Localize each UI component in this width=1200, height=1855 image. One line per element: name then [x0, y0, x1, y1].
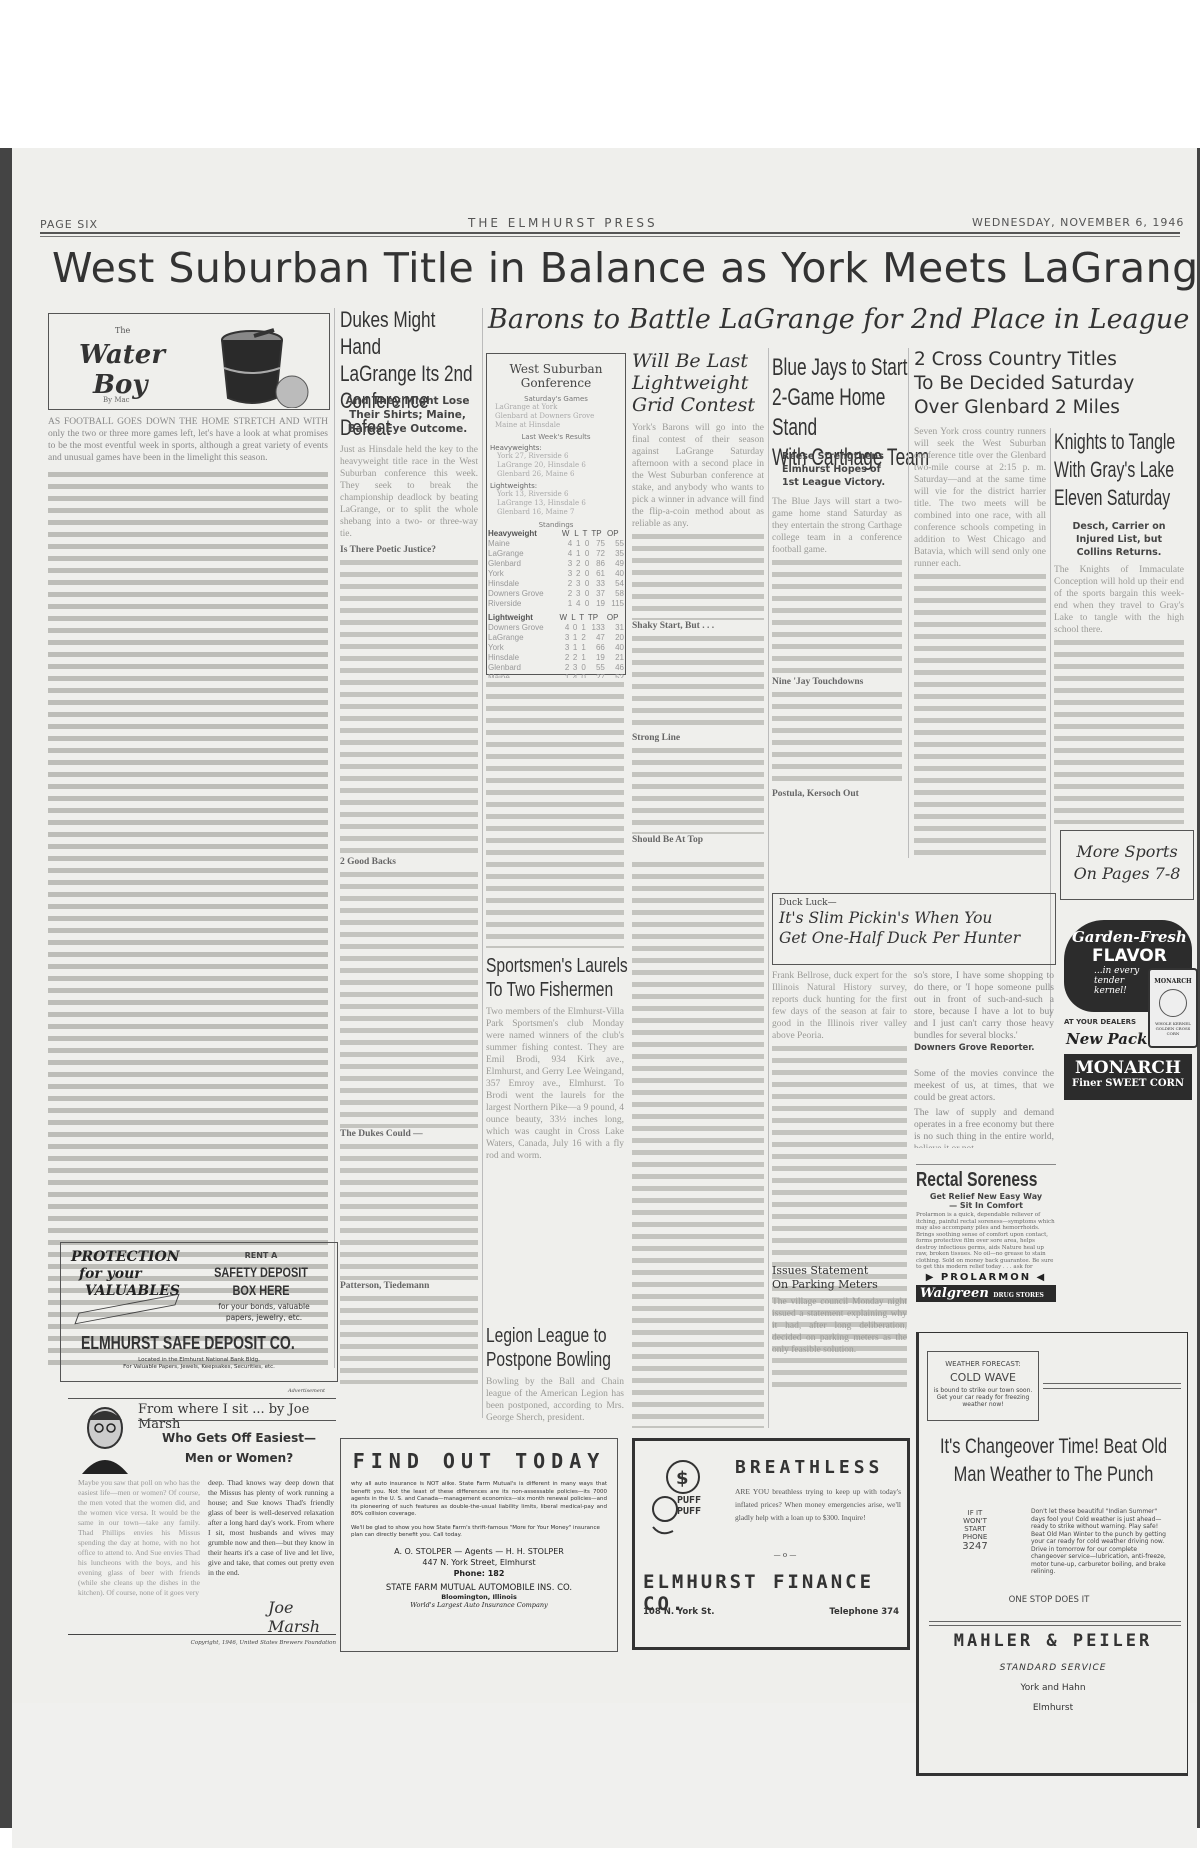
knights-subhead-line: Injured List, but	[1054, 533, 1184, 546]
safe-deposit-script-line: PROTECTION	[71, 1249, 180, 1266]
dukes-inline-subhead: Is There Poetic Justice?	[340, 544, 478, 556]
standings-cell: 66	[587, 643, 606, 653]
standings-cell: 3	[561, 569, 573, 579]
standings-cell: 2	[561, 589, 573, 599]
sportsmen-body: Two members of the Elmhurst-Villa Park S…	[486, 1006, 624, 1306]
standings-saturday-games: LaGrange at York Glenbard at Downers Gro…	[487, 403, 625, 430]
dukes-subhead-line: Their Shirts; Maine,	[340, 408, 475, 422]
standings-cell: 115	[606, 599, 625, 609]
cross-country-headline: 2 Cross Country Titles To Be Decided Sat…	[914, 348, 1134, 420]
duck-luck-headline-line: Get One-Half Duck Per Hunter	[779, 928, 1049, 948]
standings-row: LaGrange4107235	[487, 549, 625, 559]
standings-header-cell: T	[578, 613, 587, 623]
safe-deposit-desc-line: for your bonds, valuable	[201, 1301, 327, 1312]
dukes-headline-line: Dukes Might Hand	[340, 306, 480, 360]
duck-luck-headline-line: It's Slim Pickin's When You	[779, 908, 1049, 928]
standings-cell: 1	[570, 643, 578, 653]
cross-country-body-text: Seven York cross country runners will se…	[914, 427, 1046, 569]
legion-headline-line: Legion League to	[486, 1324, 642, 1348]
standings-result: LaGrange 20, Hinsdale 6	[497, 461, 625, 470]
safe-deposit-headline: SAFETY DEPOSIT BOX HERE	[201, 1263, 321, 1299]
state-farm-city: Bloomington, Illinois	[341, 1593, 617, 1601]
water-boy-lead: AS FOOTBALL GOES DOWN THE HOME STRETCH A…	[48, 417, 328, 463]
standings-cell: 55	[587, 663, 606, 673]
standings-cell: 1	[578, 653, 587, 663]
finance-ad-divider: — o —	[735, 1551, 835, 1559]
standings-cell: 20	[606, 633, 625, 643]
cross-country-text-lines	[914, 570, 1046, 856]
column-rule	[908, 348, 909, 858]
more-sports-box: More Sports On Pages 7-8	[1060, 830, 1194, 900]
dukes-text-lines	[340, 556, 478, 856]
standings-cell: Hinsdale	[487, 579, 561, 589]
ad-rule	[68, 1634, 336, 1635]
issue-date: WEDNESDAY, NOVEMBER 6, 1946	[972, 216, 1184, 229]
svg-text:$: $	[676, 1468, 689, 1489]
joe-marsh-headline-line: Who Gets Off Easiest—	[144, 1428, 334, 1448]
phone-block: IF IT WON'T START PHONE 3247	[949, 1509, 1001, 1553]
duck-luck-box: Duck Luck— It's Slim Pickin's When You G…	[772, 893, 1056, 965]
finance-ad-body: ARE YOU breathless trying to keep up wit…	[735, 1485, 901, 1524]
standings-cell: LaGrange	[487, 549, 561, 559]
dukes-subhead-line: And They Might Lose	[340, 394, 475, 408]
lightweight-headline-line: Grid Contest	[632, 394, 755, 416]
safe-deposit-script-line: for your	[71, 1266, 180, 1283]
water-boy-logo-box: The Water Boy By Mac	[48, 313, 330, 410]
standings-cell: 21	[606, 653, 625, 663]
lightweight-inline-subhead: Should Be At Top	[632, 834, 764, 846]
monarch-corn-ad: Garden-Fresh FLAVOR ...in every tender k…	[1060, 908, 1192, 1158]
more-sports-line: On Pages 7-8	[1061, 863, 1193, 885]
standings-cell: 3	[558, 643, 570, 653]
standings-cell: 4	[573, 599, 581, 609]
standings-cell: Maine	[487, 539, 561, 549]
downers-reporter-credit: Downers Grove Reporter.	[914, 1042, 1054, 1050]
water-boy-byline: By Mac	[103, 396, 130, 404]
standings-row: York3206140	[487, 569, 625, 579]
barons-text-lines	[486, 678, 624, 948]
water-boy-body: AS FOOTBALL GOES DOWN THE HOME STRETCH A…	[48, 416, 328, 1366]
standings-heavy-results: York 27, Riverside 6 LaGrange 20, Hinsda…	[487, 452, 625, 479]
ad-rule	[929, 1621, 1181, 1626]
standings-cell: 19	[590, 599, 606, 609]
elmhurst-finance-ad: $ PUFF PUFF BREATHLESS ARE YOU breathles…	[632, 1438, 910, 1650]
joe-marsh-signature: Joe Marsh	[268, 1598, 336, 1636]
standings-result: Glenbard 26, Maine 6	[497, 470, 625, 479]
standings-cell: 19	[587, 653, 606, 663]
standings-cell: Glenbard	[487, 663, 558, 673]
sportsmen-headline-line: To Two Fishermen	[486, 978, 642, 1002]
state-farm-slogan: World's Largest Auto Insurance Company	[341, 1601, 617, 1609]
dukes-inline-subhead: Patterson, Tiedemann	[340, 1280, 478, 1292]
filler-items: Some of the movies convince the meekest …	[914, 1068, 1054, 1148]
knights-headline-line: Knights to Tangle	[1054, 428, 1198, 456]
standings-header-cell: TP	[587, 613, 606, 623]
standings-row: Glenbard3208649	[487, 559, 625, 569]
monarch-product: Finer SWEET CORN	[1064, 1078, 1192, 1089]
dukes-body-text: Just as Hinsdale held the key to the hea…	[340, 445, 478, 539]
joe-marsh-headline-line: Men or Women?	[144, 1448, 334, 1468]
safe-deposit-ad: PROTECTION for your VALUABLES RENT A SAF…	[60, 1242, 338, 1382]
standings-cell: 0	[581, 549, 590, 559]
mahler-city: Elmhurst	[919, 1703, 1187, 1713]
standings-cell: 4	[561, 549, 573, 559]
monarch-ad-flavor: FLAVOR	[1092, 946, 1192, 966]
standings-cell: Hinsdale	[487, 653, 558, 663]
knights-subhead: Desch, Carrier on Injured List, but Coll…	[1054, 520, 1184, 559]
standings-light-results: York 13, Riverside 6 LaGrange 13, Hinsda…	[487, 490, 625, 517]
standings-result: Glenbard 16, Maine 7	[497, 508, 625, 517]
monarch-ad-script: Garden-Fresh	[1072, 928, 1192, 946]
cross-country-headline-line: To Be Decided Saturday	[914, 372, 1134, 396]
banner-headline: West Suburban Title in Balance as York M…	[52, 244, 1200, 292]
phone-block-line: IF IT	[949, 1509, 1001, 1517]
ad-rule	[68, 1398, 336, 1399]
blue-jays-subhead: Reese Strengthens Elmhurst Hopes of 1st …	[772, 450, 912, 489]
standings-cell: 3	[570, 663, 578, 673]
safe-deposit-headline-line: SAFETY DEPOSIT	[201, 1263, 321, 1281]
monarch-ad-new-pack: New Pack	[1066, 1030, 1148, 1048]
joe-marsh-col2: deep. Thad knows way deep down that the …	[208, 1478, 334, 1598]
standings-row: Riverside14019115	[487, 599, 625, 609]
standings-cell: 33	[590, 579, 606, 589]
lightweight-body: York's Barons will go into the final con…	[632, 422, 764, 852]
rectal-ad-sub: — Sit In Comfort	[916, 1201, 1056, 1210]
page-label: PAGE SIX	[40, 218, 98, 231]
standings-cell: 1	[578, 643, 587, 653]
standings-cell: 2	[578, 633, 587, 643]
standings-row: Downers Grove40113331	[487, 623, 625, 633]
rectal-ad-headline: Rectal Soreness	[916, 1169, 1056, 1192]
column-rule	[334, 308, 335, 1368]
water-boy-the: The	[115, 326, 130, 335]
standings-cell: 61	[590, 569, 606, 579]
standings-row: Downers Grove2303758	[487, 589, 625, 599]
sportsmen-headline-line: Sportsmen's Laurels	[486, 954, 642, 978]
standings-cell: 2	[573, 569, 581, 579]
weather-forecast-box: WEATHER FORECAST: COLD WAVE is bound to …	[927, 1351, 1039, 1421]
can-label: MONARCH	[1150, 978, 1196, 985]
knights-text-lines	[1054, 636, 1184, 824]
puff-label-line: PUFF	[677, 1506, 701, 1517]
blue-jays-body: The Blue Jays will start a two-game home…	[772, 496, 902, 856]
standings-cell: 2	[573, 559, 581, 569]
walgreen-name: Walgreen	[920, 1286, 989, 1301]
standings-cell: 133	[587, 623, 606, 633]
blue-jays-subhead-line: 1st League Victory.	[782, 476, 912, 489]
standings-header-cell: L	[570, 613, 578, 623]
breathless-headline: BREATHLESS	[735, 1457, 883, 1478]
safe-deposit-rent: RENT A	[201, 1251, 321, 1260]
standings-header-cell: TP	[590, 529, 606, 539]
water-boy-title-1: Water	[79, 340, 165, 370]
state-farm-phone: Phone: 182	[341, 1568, 617, 1579]
walgreen-sub: DRUG STORES	[993, 1292, 1044, 1299]
standings-cell: Downers Grove	[487, 589, 561, 599]
dukes-inline-subhead: The Dukes Could —	[340, 1128, 478, 1140]
state-farm-agent-names: A. O. STOLPER — Agents — H. H. STOLPER	[341, 1546, 617, 1557]
dukes-body: Just as Hinsdale held the key to the hea…	[340, 444, 478, 1384]
standings-row: Glenbard2305546	[487, 663, 625, 673]
standings-game: LaGrange at York	[495, 403, 625, 412]
duck-luck-body-text: Frank Bellrose, duck expert for the Illi…	[772, 971, 907, 1041]
standings-row: Hinsdale2303354	[487, 579, 625, 589]
safe-deposit-fine-line: For Valuable Papers, Jewels, Keepsakes, …	[61, 1364, 337, 1371]
standings-cell: 72	[590, 549, 606, 559]
can-sub: WHOLE KERNEL GOLDEN CROSS CORN	[1150, 1021, 1196, 1036]
barons-continued-body	[486, 678, 624, 948]
lightweight-headline-line: Lightweight	[632, 372, 755, 394]
monarch-ad-brand-bar: MONARCH Finer SWEET CORN	[1064, 1054, 1192, 1100]
safe-deposit-desc: for your bonds, valuable papers, jewelry…	[201, 1301, 327, 1323]
standings-header-cell: Lightweight	[487, 613, 558, 623]
monarch-brand: MONARCH	[1064, 1058, 1192, 1078]
cross-country-headline-line: 2 Cross Country Titles	[914, 348, 1134, 372]
one-stop-slogan: ONE STOP DOES IT	[989, 1595, 1109, 1605]
standings-cell: LaGrange	[487, 633, 558, 643]
standings-cell: 54	[606, 579, 625, 589]
blue-jays-text-lines	[772, 556, 902, 676]
standings-header-cell: OP	[606, 613, 625, 623]
standings-header-cell: T	[581, 529, 590, 539]
standings-header-cell: L	[573, 529, 581, 539]
joe-marsh-headline: Who Gets Off Easiest— Men or Women?	[144, 1428, 334, 1468]
lightweight-text-lines	[632, 632, 764, 732]
cross-country-headline-line: Over Glenbard 2 Miles	[914, 396, 1134, 420]
standings-cell: 1	[573, 539, 581, 549]
standings-cell: York	[487, 643, 558, 653]
safe-deposit-headline-line: BOX HERE	[201, 1281, 321, 1299]
legion-headline: Legion League to Postpone Bowling	[486, 1324, 642, 1372]
standings-cell: 49	[606, 559, 625, 569]
standings-title-line: West Suburban	[487, 362, 625, 376]
lightweight-body-text: York's Barons will go into the final con…	[632, 423, 764, 529]
standings-cell: 3	[573, 579, 581, 589]
downers-reporter: so's store, I have some shopping to do t…	[914, 970, 1054, 1050]
phone-block-line: START	[949, 1525, 1001, 1533]
standings-cell: 1	[570, 633, 578, 643]
state-farm-body1: why all auto insurance is NOT alike. Sta…	[351, 1481, 607, 1519]
standings-cell: 2	[570, 653, 578, 663]
standings-cell: 0	[581, 539, 590, 549]
standings-cell: 35	[606, 549, 625, 559]
downers-reporter-text: so's store, I have some shopping to do t…	[914, 971, 1054, 1041]
forecast-label: WEATHER FORECAST:	[928, 1360, 1038, 1368]
dukes-subhead-line: Bards Eye Outcome.	[340, 422, 475, 436]
standings-cell: 2	[558, 653, 570, 663]
rectal-ad-body: Prolarmon is a quick, dependable relieve…	[916, 1212, 1056, 1272]
more-sports-line: More Sports	[1061, 841, 1193, 863]
standings-cell: 0	[570, 623, 578, 633]
standings-cell: 1	[561, 599, 573, 609]
standings-cell: 0	[581, 589, 590, 599]
lightweight-continued	[632, 858, 764, 1428]
standings-result: York 13, Riverside 6	[497, 490, 625, 499]
standings-row: Hinsdale2211921	[487, 653, 625, 663]
standings-cell: 1	[573, 549, 581, 559]
more-sports-text: More Sports On Pages 7-8	[1061, 841, 1193, 885]
knights-body-text: The Knights of Immaculate Conception wil…	[1054, 565, 1184, 635]
lightweight-text-lines	[632, 530, 764, 620]
state-farm-ad: FIND OUT TODAY why all auto insurance is…	[340, 1438, 618, 1652]
column-rule	[482, 308, 483, 1418]
standings-title-line: Gonference	[487, 376, 625, 390]
lightweight-inline-subhead: Strong Line	[632, 732, 764, 744]
walgreen-logo: Walgreen DRUG STORES	[916, 1285, 1056, 1302]
issues-statement-body: The village council Monday night issued …	[772, 1296, 907, 1426]
duck-luck-headline: It's Slim Pickin's When You Get One-Half…	[779, 908, 1049, 948]
finance-phone: Telephone 374	[829, 1607, 899, 1617]
water-bucket-icon	[214, 328, 314, 408]
changeover-headline-line: It's Changeover Time! Beat Old	[919, 1433, 1188, 1461]
standings-header-cell: W	[561, 529, 573, 539]
standings-result: York 27, Riverside 6	[497, 452, 625, 461]
standings-cell: 0	[581, 569, 590, 579]
blue-jays-body-text: The Blue Jays will start a two-game home…	[772, 497, 902, 555]
standings-cell: York	[487, 569, 561, 579]
standings-row: York3116640	[487, 643, 625, 653]
standings-cell: 37	[590, 589, 606, 599]
changeover-body: Don't let these beautiful "Indian Summer…	[1031, 1508, 1169, 1576]
lightweight-text-lines	[632, 744, 764, 834]
standings-cell: 0	[581, 599, 590, 609]
standings-game: Maine at Hinsdale	[495, 421, 625, 430]
forecast-body: is bound to strike our town soon. Get yo…	[932, 1387, 1034, 1408]
dukes-text-lines	[340, 1292, 478, 1384]
puff-label-line: PUFF	[677, 1495, 701, 1506]
water-boy-text-lines	[48, 468, 328, 1366]
dukes-text-lines	[340, 1140, 478, 1280]
safe-deposit-fine: Located in the Elmhurst National Bank Bl…	[61, 1357, 337, 1371]
cross-country-body: Seven York cross country runners will se…	[914, 426, 1046, 856]
standings-cell: 46	[606, 663, 625, 673]
filler-item: The law of supply and demand operates in…	[914, 1107, 1054, 1148]
dukes-headline-line: LaGrange Its 2nd	[340, 360, 480, 387]
knights-subhead-line: Desch, Carrier on	[1054, 520, 1184, 533]
blue-jays-inline-subhead: Nine 'Jay Touchdowns	[772, 676, 902, 688]
standings-cell: 47	[587, 633, 606, 643]
standings-cell: 40	[606, 643, 625, 653]
legion-headline-line: Postpone Bowling	[486, 1348, 642, 1372]
corn-can-icon: MONARCH WHOLE KERNEL GOLDEN CROSS CORN	[1148, 968, 1198, 1048]
joe-marsh-portrait-icon	[78, 1402, 133, 1474]
state-farm-body2: We'll be glad to show you how State Farm…	[351, 1525, 607, 1540]
standings-row: Maine4107555	[487, 539, 625, 549]
standings-cell: 0	[581, 559, 590, 569]
standings-header-cell: Heavyweight	[487, 529, 561, 539]
blue-jays-headline-line: 2-Game Home Stand	[772, 383, 930, 443]
standings-header-cell: W	[558, 613, 570, 623]
blue-jays-headline-line: Blue Jays to Start	[772, 353, 930, 383]
puff-puff-label: PUFF PUFF	[677, 1495, 701, 1517]
phone-block-line: PHONE	[949, 1533, 1001, 1541]
blue-jays-text-lines	[772, 688, 902, 788]
safe-deposit-fine-line: Located in the Elmhurst National Bank Bl…	[61, 1357, 337, 1364]
standings-cell: 86	[590, 559, 606, 569]
standings-saturday-label: Saturday's Games	[487, 395, 625, 403]
standings-header-row: LightweightWLTTPOP	[487, 613, 625, 623]
standings-cell: 31	[606, 623, 625, 633]
standings-cell: 58	[606, 589, 625, 599]
standings-cell: 3	[561, 559, 573, 569]
rectal-ad-sub: Get Relief New Easy Way	[916, 1192, 1056, 1201]
joe-marsh-col1: Maybe you saw that poll on who has the e…	[78, 1478, 200, 1628]
monarch-ad-dealers: AT YOUR DEALERS	[1064, 1018, 1136, 1026]
standings-last-week-label: Last Week's Results	[487, 433, 625, 441]
finance-address: 108 N. York St.	[643, 1607, 714, 1617]
standings-cell: 55	[606, 539, 625, 549]
knights-headline-line: With Gray's Lake	[1054, 456, 1198, 484]
joe-marsh-ad: From where I sit ... by Joe Marsh Who Ge…	[68, 1398, 336, 1758]
legion-body: Bowling by the Ball and Chain league of …	[486, 1376, 624, 1436]
knights-body: The Knights of Immaculate Conception wil…	[1054, 564, 1184, 824]
mahler-address: York and Hahn	[919, 1683, 1187, 1693]
heavyweight-standings-table: HeavyweightWLTTPOPMaine4107555LaGrange41…	[487, 529, 625, 609]
standings-title: West Suburban Gonference	[487, 362, 625, 390]
lightweight-text-lines	[632, 858, 764, 1428]
standings-game: Glenbard at Downers Grove	[495, 412, 625, 421]
phone-block-line: WON'T	[949, 1517, 1001, 1525]
standings-cell: 3	[558, 633, 570, 643]
standings-cell: 40	[606, 569, 625, 579]
standings-light-label: Lightweights:	[487, 482, 625, 490]
ad-rule	[1043, 1383, 1181, 1389]
state-farm-company: STATE FARM MUTUAL AUTOMOBILE INS. CO.	[341, 1583, 617, 1593]
issues-headline-line: On Parking Meters	[772, 1278, 878, 1292]
knights-headline-line: Eleven Saturday	[1054, 484, 1198, 512]
standings-header-row: HeavyweightWLTTPOP	[487, 529, 625, 539]
standings-cell: 0	[578, 663, 587, 673]
lightweight-inline-subhead: Shaky Start, But . . .	[632, 620, 764, 632]
standings-cell: 2	[561, 579, 573, 589]
blue-jays-subhead-line: Reese Strengthens	[782, 450, 912, 463]
blue-jays-inline-subhead: Postula, Kersoch Out	[772, 788, 902, 800]
dukes-inline-subhead: 2 Good Backs	[340, 856, 478, 868]
standings-cell: Downers Grove	[487, 623, 558, 633]
standings-cell: Riverside	[487, 599, 561, 609]
issues-headline-line: Issues Statement	[772, 1264, 878, 1278]
standings-cell: 2	[558, 663, 570, 673]
phone-number: 3247	[949, 1541, 1001, 1553]
state-farm-agents: A. O. STOLPER — Agents — H. H. STOLPER 4…	[341, 1546, 617, 1579]
knights-subhead-line: Collins Returns.	[1054, 546, 1184, 559]
page-content: PAGE SIX THE ELMHURST PRESS WEDNESDAY, N…	[12, 148, 1197, 1703]
standings-cell: 4	[561, 539, 573, 549]
standings-row: LaGrange3124720	[487, 633, 625, 643]
forecast-title: COLD WAVE	[928, 1371, 1038, 1384]
mahler-peiler-ad: WEATHER FORECAST: COLD WAVE is bound to …	[916, 1332, 1188, 1776]
standings-cell: 0	[581, 579, 590, 589]
changeover-headline-line: Man Weather to The Punch	[919, 1461, 1188, 1489]
state-farm-headline: FIND OUT TODAY	[341, 1449, 617, 1473]
lightweight-headline: Will Be Last Lightweight Grid Contest	[632, 350, 755, 416]
safe-deposit-script: PROTECTION for your VALUABLES	[71, 1249, 180, 1300]
joe-marsh-copyright: Copyright, 1946, United States Brewers F…	[191, 1640, 336, 1646]
standings-heavy-label: Heavyweights:	[487, 444, 625, 452]
dukes-subhead: And They Might Lose Their Shirts; Maine,…	[340, 394, 475, 436]
sportsmen-headline: Sportsmen's Laurels To Two Fishermen	[486, 954, 642, 1002]
standings-cell: Glenbard	[487, 559, 561, 569]
safe-deposit-desc-line: papers, jewelry, etc.	[201, 1312, 327, 1323]
knights-headline: Knights to Tangle With Gray's Lake Eleve…	[1054, 428, 1198, 512]
standings-label: Standings	[487, 521, 625, 529]
paper-name: THE ELMHURST PRESS	[468, 216, 658, 230]
rectal-soreness-ad: Rectal Soreness Get Relief New Easy Way …	[916, 1164, 1056, 1315]
rectal-ad-product: ▶ PROLARMON ◀	[916, 1272, 1056, 1283]
top-margin	[0, 0, 1200, 148]
standings-cell: 75	[590, 539, 606, 549]
can-emblem	[1159, 989, 1187, 1017]
